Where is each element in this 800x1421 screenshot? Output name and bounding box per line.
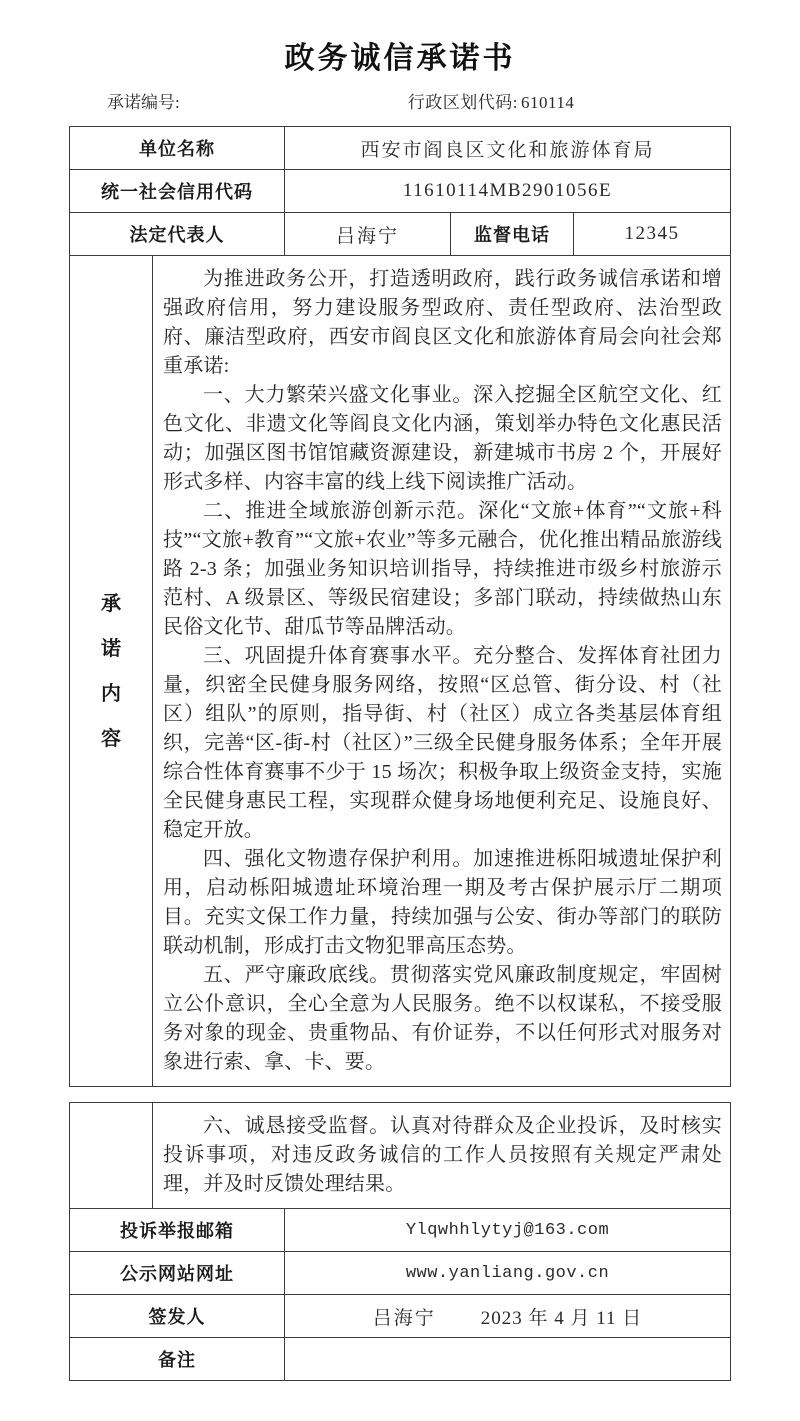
commitment-label-char: 内: [101, 684, 121, 704]
credit-code-label: 统一社会信用代码: [70, 170, 284, 212]
legal-rep-value: 吕海宁: [284, 213, 450, 255]
commitment-label-char: 承: [101, 594, 121, 614]
supervision-content: 六、诚恳接受监督。认真对待群众及企业投诉，及时核实投诉事项，对违反政务诚信的工作…: [152, 1103, 730, 1208]
issuer-value: 吕海宁 2023 年 4 月 11 日: [284, 1295, 730, 1337]
issue-date: 2023 年 4 月 11 日: [481, 1303, 643, 1330]
commitment-label-char: 容: [101, 729, 121, 749]
promise-number-label: 承诺编号:: [107, 92, 180, 114]
region-code: 行政区划代码:610114: [408, 92, 575, 114]
commitment-paragraph-1: 一、大力繁荣兴盛文化事业。深入挖掘全区航空文化、红色文化、非遗文化等阎良文化内涵…: [163, 381, 722, 497]
complaint-email-value: Ylqwhhlytyj@163.com: [284, 1209, 730, 1251]
table-row-legal-rep: 法定代表人 吕海宁 监督电话 12345: [70, 212, 730, 255]
commitment-paragraph-intro: 为推进政务公开，打造透明政府，践行政务诚信承诺和增强政府信用，努力建设服务型政府…: [163, 265, 722, 381]
region-code-label: 行政区划代码:: [408, 93, 518, 112]
public-website-label: 公示网站网址: [70, 1252, 284, 1294]
table-row-email: 投诉举报邮箱 Ylqwhhlytyj@163.com: [70, 1208, 730, 1251]
phone-label: 监督电话: [450, 213, 573, 255]
issuer-label: 签发人: [70, 1295, 284, 1337]
unit-name-value: 西安市阎良区文化和旅游体育局: [284, 127, 730, 169]
commitment-content: 为推进政务公开，打造透明政府，践行政务诚信承诺和增强政府信用，努力建设服务型政府…: [152, 256, 730, 1086]
table-row-website: 公示网站网址 www.yanliang.gov.cn: [70, 1251, 730, 1294]
complaint-email-label: 投诉举报邮箱: [70, 1209, 284, 1251]
page-title: 政务诚信承诺书: [69, 42, 731, 76]
meta-row: 承诺编号: 行政区划代码:610114: [69, 92, 731, 114]
supervision-table: 六、诚恳接受监督。认真对待群众及企业投诉，及时核实投诉事项，对违反政务诚信的工作…: [69, 1102, 731, 1381]
legal-rep-label: 法定代表人: [70, 213, 284, 255]
issuer-name: 吕海宁: [373, 1303, 436, 1330]
credit-code-value: 11610114MB2901056E: [284, 170, 730, 212]
document-page: 政务诚信承诺书 承诺编号: 行政区划代码:610114 单位名称 西安市阎良区文…: [0, 0, 800, 1421]
commitment-paragraph-3: 三、巩固提升体育赛事水平。充分整合、发挥体育社团力量，织密全民健身服务网络，按照…: [163, 642, 722, 845]
remark-value: [284, 1338, 730, 1380]
public-website-value: www.yanliang.gov.cn: [284, 1252, 730, 1294]
commitment-label: 承 诺 内 容: [70, 256, 152, 1086]
table-row-remark: 备注: [70, 1337, 730, 1380]
commitment-label-char: 诺: [101, 639, 121, 659]
commitment-paragraph-5: 五、严守廉政底线。贯彻落实党风廉政制度规定，牢固树立公仆意识，全心全意为人民服务…: [163, 961, 722, 1077]
table-row-issuer: 签发人 吕海宁 2023 年 4 月 11 日: [70, 1294, 730, 1337]
unit-name-label: 单位名称: [70, 127, 284, 169]
table-row-supervision: 六、诚恳接受监督。认真对待群众及企业投诉，及时核实投诉事项，对违反政务诚信的工作…: [70, 1103, 730, 1208]
table-row-credit-code: 统一社会信用代码 11610114MB2901056E: [70, 169, 730, 212]
phone-value: 12345: [573, 213, 730, 255]
commitment-paragraph-2: 二、推进全域旅游创新示范。深化“文旅+体育”“文旅+科技”“文旅+教育”“文旅+…: [163, 497, 722, 642]
remark-label: 备注: [70, 1338, 284, 1380]
table-row-commitment: 承 诺 内 容 为推进政务公开，打造透明政府，践行政务诚信承诺和增强政府信用，努…: [70, 255, 730, 1086]
supervision-paragraph: 六、诚恳接受监督。认真对待群众及企业投诉，及时核实投诉事项，对违反政务诚信的工作…: [163, 1112, 722, 1199]
info-table: 单位名称 西安市阎良区文化和旅游体育局 统一社会信用代码 11610114MB2…: [69, 126, 731, 1087]
supervision-empty-cell: [70, 1103, 152, 1208]
table-row-unit-name: 单位名称 西安市阎良区文化和旅游体育局: [70, 127, 730, 169]
region-code-value: 610114: [521, 93, 574, 112]
commitment-paragraph-4: 四、强化文物遗存保护利用。加速推进栎阳城遗址保护利用，启动栎阳城遗址环境治理一期…: [163, 845, 722, 961]
